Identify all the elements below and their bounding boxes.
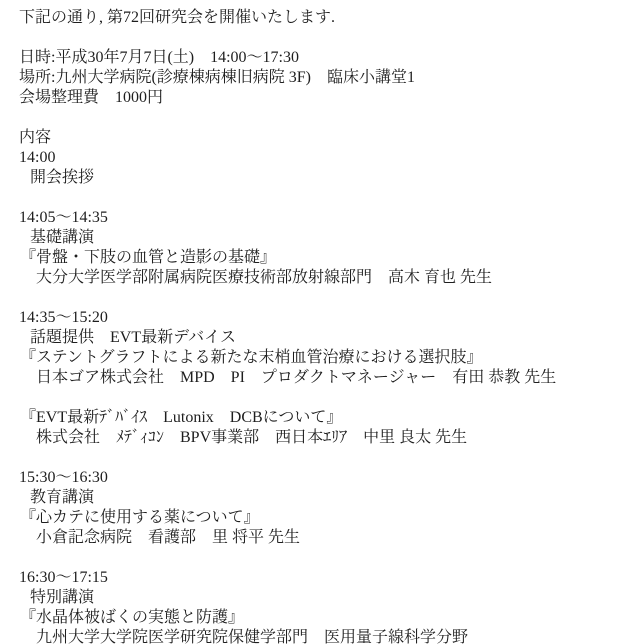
intro-text: 下記の通り, 第72回研究会を開催いたします. <box>0 8 644 28</box>
line-spacer <box>0 548 644 568</box>
talk-title: 『水晶体被ばくの実態と防護』 <box>0 608 644 628</box>
session-category: 特別講演 <box>0 588 644 608</box>
line-spacer <box>0 188 644 208</box>
event-fee: 会場整理費 1000円 <box>0 88 644 108</box>
agenda-heading: 内容 <box>0 128 644 148</box>
line-spacer <box>0 108 644 128</box>
line-spacer <box>0 448 644 468</box>
session-category: 基礎講演 <box>0 228 644 248</box>
session-time: 14:05〜14:35 <box>0 208 644 228</box>
talk-speaker: 日本ゴア株式会社 MPD PI プロダクトマネージャー 有田 恭教 先生 <box>0 368 644 388</box>
talk-title: 『心カテに使用する薬について』 <box>0 508 644 528</box>
document-page: 下記の通り, 第72回研究会を開催いたします. 日時:平成30年7月7日(土) … <box>0 0 644 644</box>
talk-title: 『骨盤・下肢の血管と造影の基礎』 <box>0 248 644 268</box>
session-time: 15:30〜16:30 <box>0 468 644 488</box>
talk-speaker: 大分大学医学部附属病院医療技術部放射線部門 高木 育也 先生 <box>0 268 644 288</box>
talk-speaker: 小倉記念病院 看護部 里 将平 先生 <box>0 528 644 548</box>
line-spacer <box>0 388 644 408</box>
talk-title: 『EVT最新ﾃﾞﾊﾞｲｽ Lutonix DCBについて』 <box>0 408 644 428</box>
event-venue: 場所:九州大学病院(診療棟病棟旧病院 3F) 臨床小講堂1 <box>0 68 644 88</box>
talk-title: 『ステントグラフトによる新たな末梢血管治療における選択肢』 <box>0 348 644 368</box>
talk-speaker: 九州大学大学院医学研究院保健学部門 医用量子線科学分野 <box>0 628 644 644</box>
session-time: 16:30〜17:15 <box>0 568 644 588</box>
session-category: 教育講演 <box>0 488 644 508</box>
session-category: 開会挨拶 <box>0 168 644 188</box>
talk-speaker: 株式会社 ﾒﾃﾞｨｺﾝ BPV事業部 西日本ｴﾘｱ 中里 良太 先生 <box>0 428 644 448</box>
line-spacer <box>0 288 644 308</box>
event-datetime: 日時:平成30年7月7日(土) 14:00〜17:30 <box>0 48 644 68</box>
session-time: 14:35〜15:20 <box>0 308 644 328</box>
session-category: 話題提供 EVT最新デバイス <box>0 328 644 348</box>
session-time: 14:00 <box>0 148 644 168</box>
line-spacer <box>0 28 644 48</box>
